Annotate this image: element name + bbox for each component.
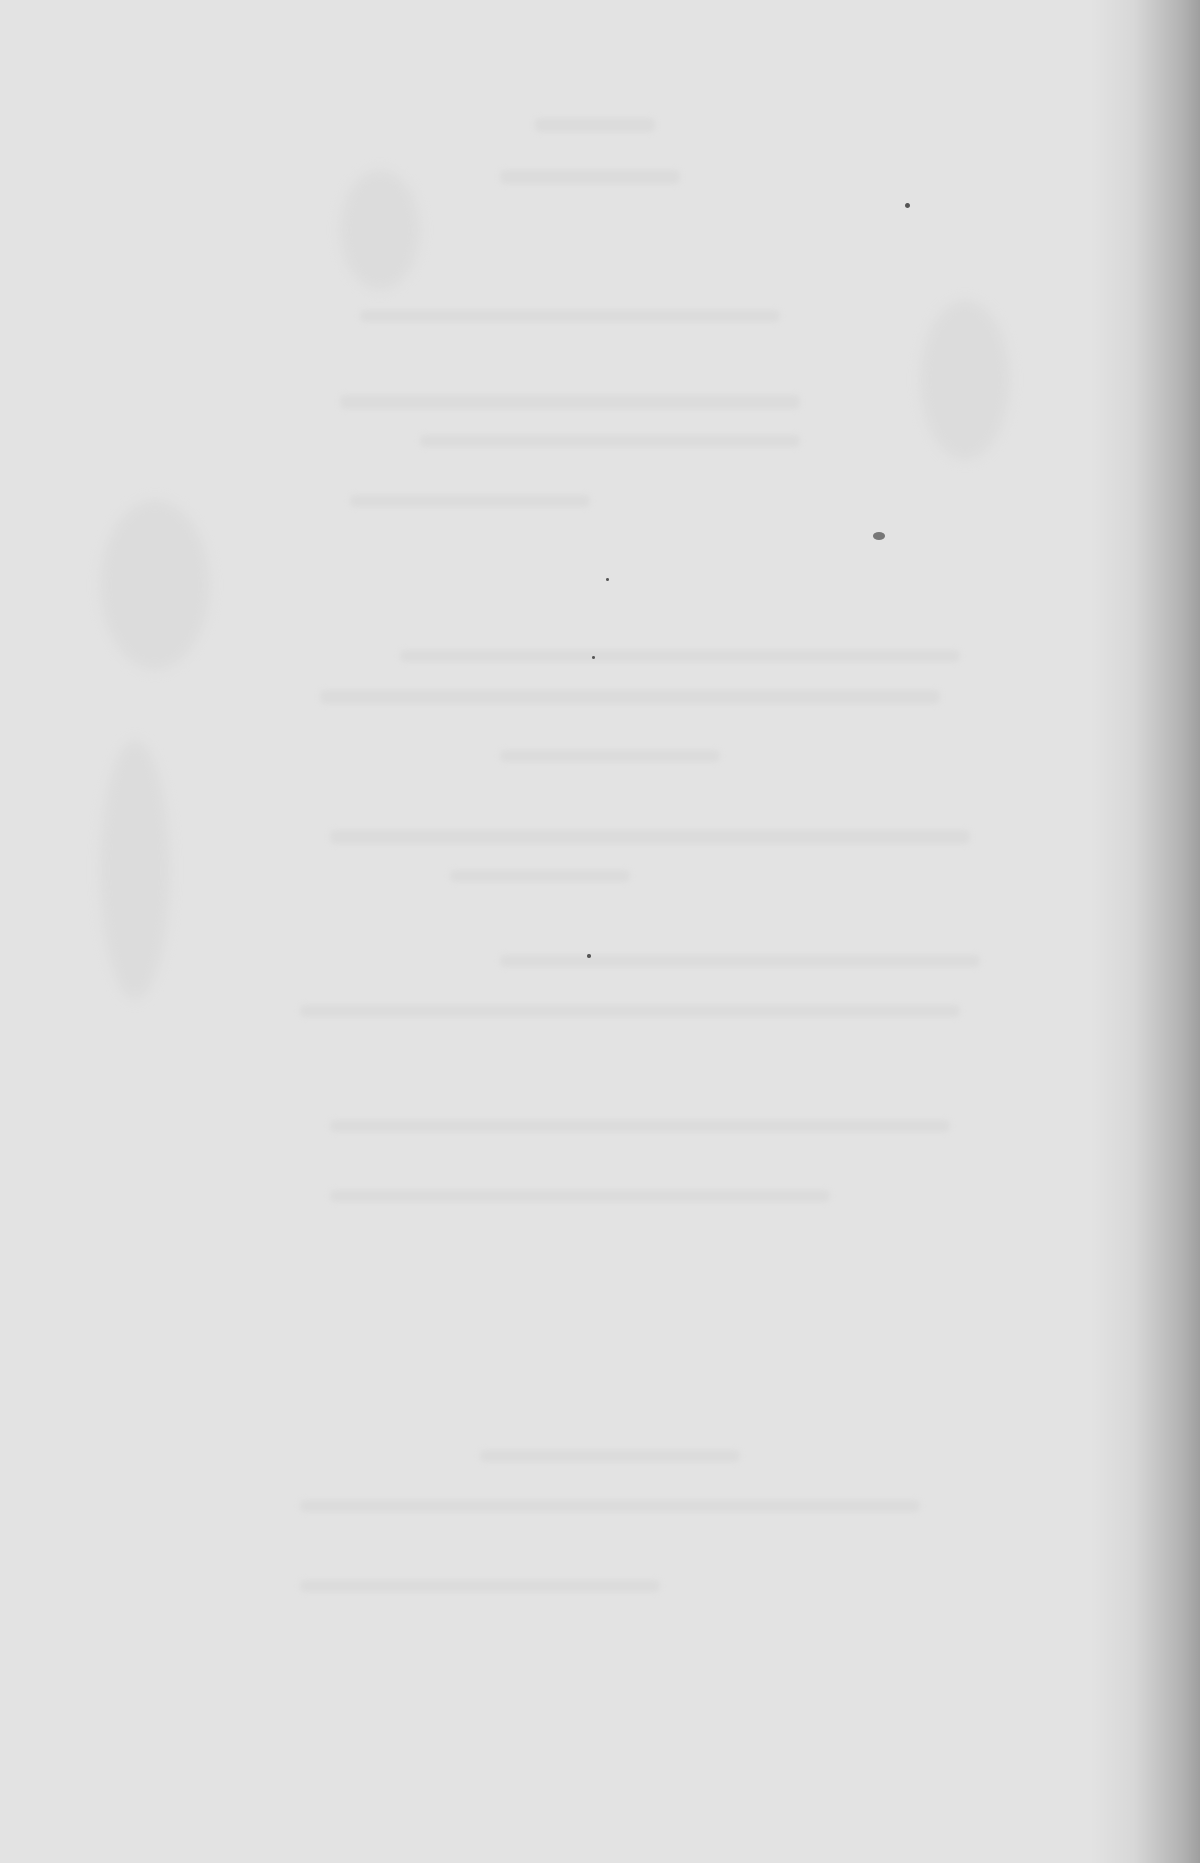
dust-speck xyxy=(905,203,910,208)
bleed-through-mark xyxy=(535,118,655,132)
bleed-through-blot xyxy=(100,740,170,1000)
bleed-through-mark xyxy=(300,1500,920,1512)
bleed-through-mark xyxy=(450,870,630,882)
scanned-page: Blank page with faint, illegible bleed-t… xyxy=(0,0,1200,1863)
bleed-through-blot xyxy=(340,170,420,290)
bleed-through-mark xyxy=(340,395,800,409)
bleed-through-mark xyxy=(300,1580,660,1592)
dust-speck xyxy=(587,954,591,958)
dust-speck xyxy=(592,656,595,659)
bleed-through-blot xyxy=(100,500,210,670)
bleed-through-mark xyxy=(400,650,960,662)
page-gutter-shadow xyxy=(1090,0,1200,1863)
bleed-through-mark xyxy=(360,310,780,322)
bleed-through-mark xyxy=(320,690,940,704)
bleed-through-mark xyxy=(330,1120,950,1132)
dust-speck xyxy=(873,532,885,540)
bleed-through-blot xyxy=(920,300,1010,460)
bleed-through-mark xyxy=(300,1005,960,1017)
bleed-through-mark xyxy=(500,170,680,184)
bleed-through-mark xyxy=(350,495,590,507)
dust-speck xyxy=(606,578,609,581)
bleed-through-mark xyxy=(330,1190,830,1202)
bleed-through-mark xyxy=(500,750,720,762)
bleed-through-mark xyxy=(330,830,970,844)
bleed-through-mark xyxy=(480,1450,740,1462)
bleed-through-mark xyxy=(420,435,800,447)
bleed-through-mark xyxy=(500,955,980,967)
